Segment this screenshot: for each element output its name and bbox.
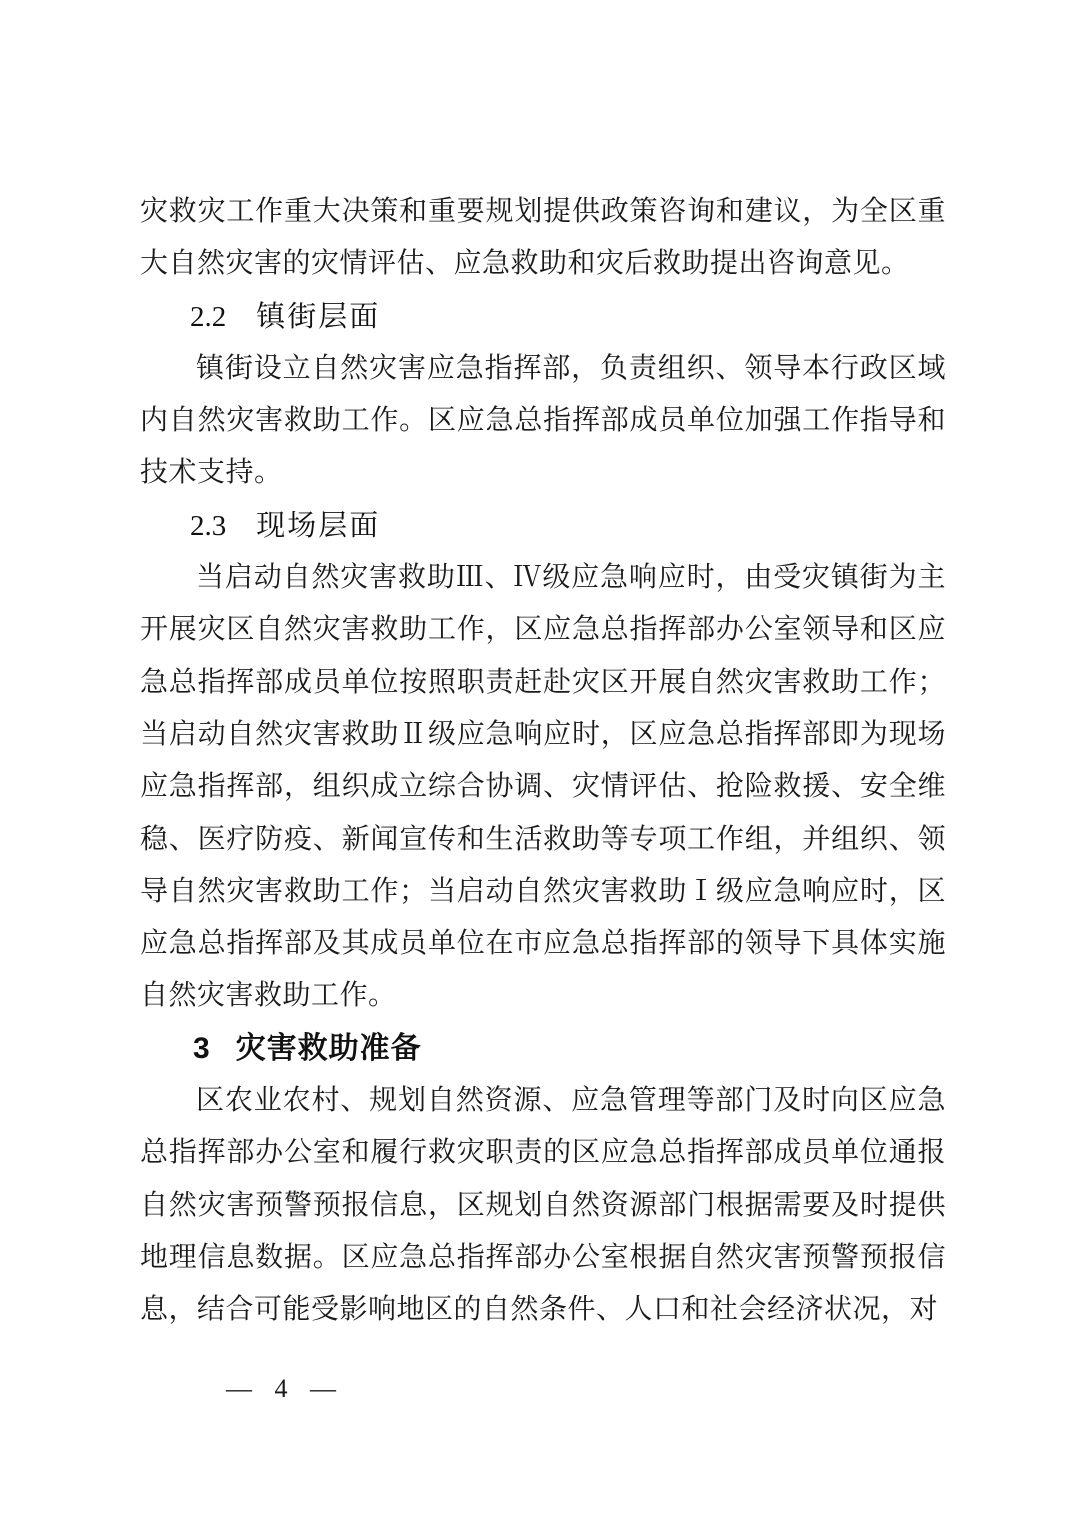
section-title: 灾害救助准备 [236,1032,422,1065]
paragraph: 区农业农村、规划自然资源、应急管理等部门及时向区应急总指挥部办公室和履行救灾职责… [140,1075,946,1336]
document-page: 灾救灾工作重大决策和重要规划提供政策咨询和建议，为全区重大自然灾害的灾情评估、应… [0,0,1074,1520]
section-title: 镇街层面 [256,301,380,333]
section-number: 2.2 [190,301,226,333]
section-number: 2.3 [190,510,226,542]
document-body: 灾救灾工作重大决策和重要规划提供政策咨询和建议，为全区重大自然灾害的灾情评估、应… [140,186,946,1337]
paragraph: 当启动自然灾害救助Ⅲ、Ⅳ级应急响应时，由受灾镇街为主开展灾区自然灾害救助工作，区… [140,552,946,1023]
paragraph-continuation: 灾救灾工作重大决策和重要规划提供政策咨询和建议，为全区重大自然灾害的灾情评估、应… [140,186,946,291]
section-heading-3: 3灾害救助准备 [140,1023,946,1075]
section-heading-2-2: 2.2镇街层面 [140,291,946,343]
section-heading-2-3: 2.3现场层面 [140,500,946,552]
page-number-text: — 4 — [226,1374,344,1403]
section-title: 现场层面 [256,510,380,542]
paragraph: 镇街设立自然灾害应急指挥部，负责组织、领导本行政区域内自然灾害救助工作。区应急总… [140,343,946,500]
section-number: 3 [193,1032,210,1065]
page-number: — 4 — [168,1344,344,1434]
